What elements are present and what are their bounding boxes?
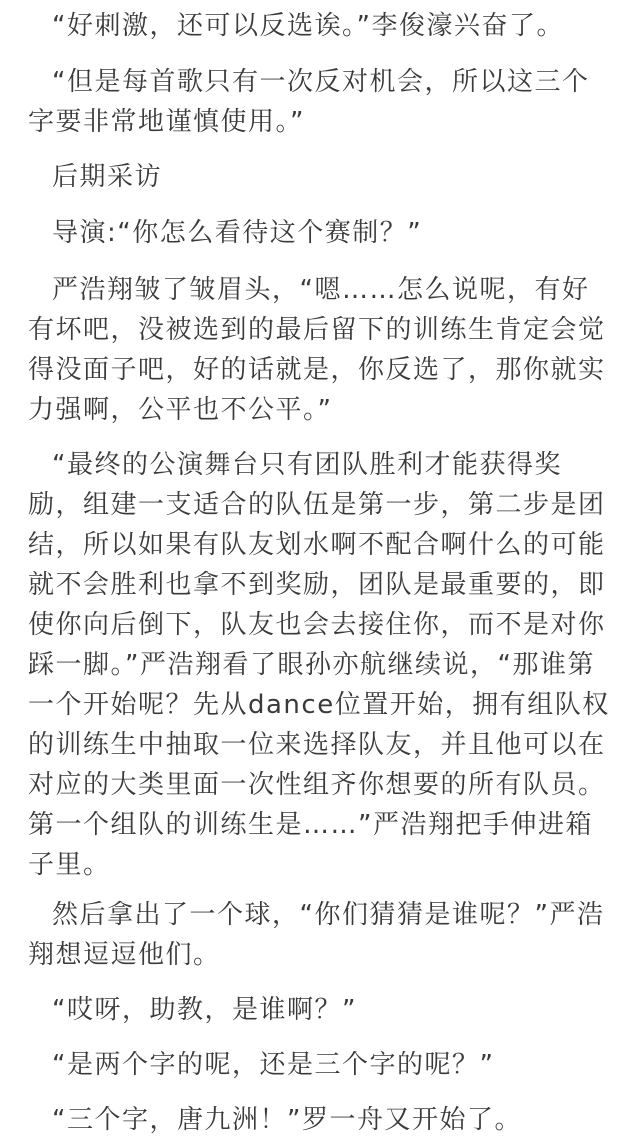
paragraph: “三个字，唐九洲！”罗一舟又开始了。 xyxy=(28,1100,616,1140)
paragraph: “是两个字的呢，还是三个字的呢？” xyxy=(28,1045,616,1085)
paragraph: “但是每首歌只有一次反对机会，所以这三个字要非常地谨慎使用。” xyxy=(28,62,616,142)
section-heading: 后期采访 xyxy=(28,157,616,197)
paragraph: 导演:“你怎么看待这个赛制？” xyxy=(28,213,616,253)
paragraph: 然后拿出了一个球，“你们猜猜是谁呢？”严浩翔想逗逗他们。 xyxy=(28,895,616,975)
paragraph: 严浩翔皱了皱眉头，“嗯……怎么说呢，有好有坏吧，没被选到的最后留下的训练生肯定会… xyxy=(28,270,616,430)
paragraph: “哎呀，助教，是谁啊？” xyxy=(28,990,616,1030)
paragraph: “最终的公演舞台只有团队胜利才能获得奖励，组建一支适合的队伍是第一步，第二步是团… xyxy=(28,445,616,885)
paragraph: “好刺激，还可以反选诶。”李俊濠兴奋了。 xyxy=(28,6,616,46)
